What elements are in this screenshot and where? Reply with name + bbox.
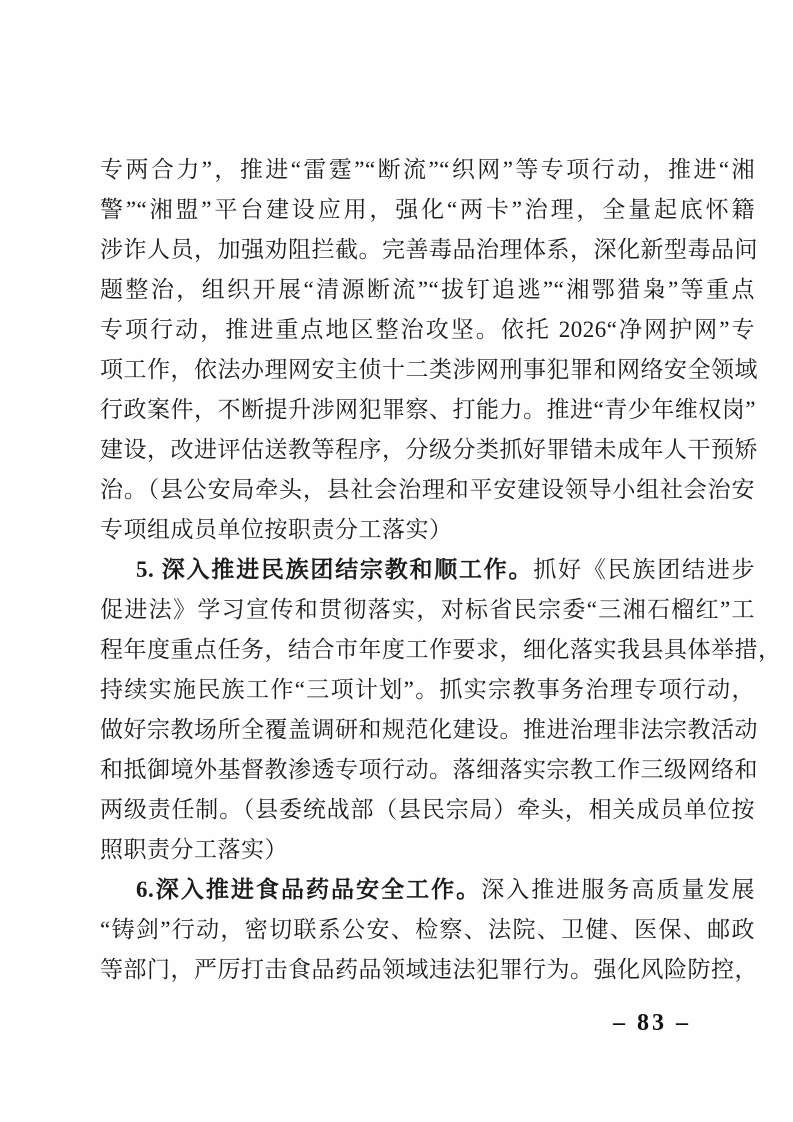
text-line: 专项组成员单位按职责分工落实） [100, 510, 755, 550]
paragraph-text: 等部门，严厉打击食品药品领域违法犯罪行为。强化风险防控， [100, 957, 758, 982]
paragraph-text: 项工作，依法办理网安主侦十二类涉网刑事犯罪和网络安全领域 [100, 357, 758, 382]
text-line: 两级责任制。（县委统战部（县民宗局）牵头，相关成员单位按 [100, 790, 755, 830]
document-body: 专两合力”，推进“雷霆”“断流”“织网”等专项行动，推进“湘 警”“湘盟”平台建… [100, 150, 755, 990]
paragraph-text: 照职责分工落实） [100, 837, 288, 862]
paragraph-text: 抓好《民族团结进步 [533, 557, 755, 582]
paragraph-text: 促进法》学习宣传和贯彻落实，对标省民宗委“三湘石榴红”工 [100, 597, 755, 622]
paragraph-heading: 6.深入推进食品药品安全工作。 [136, 877, 481, 902]
paragraph-text: 持续实施民族工作“三项计划”。抓实宗教事务治理专项行动， [100, 677, 755, 702]
text-line: 做好宗教场所全覆盖调研和规范化建设。推进治理非法宗教活动 [100, 710, 755, 750]
paragraph-text: 做好宗教场所全覆盖调研和规范化建设。推进治理非法宗教活动 [100, 717, 758, 742]
paragraph-text: 深入推进服务高质量发展 [481, 877, 755, 902]
paragraph-text: 题整治，组织开展“清源断流”“拔钉追逃”“湘鄂猎枭”等重点 [100, 277, 755, 302]
paragraph-text: 行政案件，不断提升涉网犯罪察、打能力。推进“青少年维权岗” [100, 397, 756, 422]
page-number: – 83 – [613, 1008, 691, 1038]
paragraph-text: 建设，改进评估送教等程序，分级分类抓好罪错未成年人干预矫 [100, 437, 758, 462]
paragraph-text: 程年度重点任务，结合市年度工作要求，细化落实我县具体举措， [100, 637, 782, 662]
text-line: 行政案件，不断提升涉网犯罪察、打能力。推进“青少年维权岗” [100, 390, 755, 430]
text-line: 6.深入推进食品药品安全工作。深入推进服务高质量发展 [100, 870, 755, 910]
text-line: 促进法》学习宣传和贯彻落实，对标省民宗委“三湘石榴红”工 [100, 590, 755, 630]
paragraph-heading: 5. 深入推进民族团结宗教和顺工作。 [136, 557, 533, 582]
text-line: 建设，改进评估送教等程序，分级分类抓好罪错未成年人干预矫 [100, 430, 755, 470]
paragraph-text: “铸剑”行动，密切联系公安、检察、法院、卫健、医保、邮政 [100, 917, 755, 942]
text-line: 程年度重点任务，结合市年度工作要求，细化落实我县具体举措， [100, 630, 755, 670]
text-line: 和抵御境外基督教渗透专项行动。落细落实宗教工作三级网络和 [100, 750, 755, 790]
text-line: 等部门，严厉打击食品药品领域违法犯罪行为。强化风险防控， [100, 950, 755, 990]
paragraph-text: 专两合力”，推进“雷霆”“断流”“织网”等专项行动，推进“湘 [100, 157, 755, 182]
text-line: 持续实施民族工作“三项计划”。抓实宗教事务治理专项行动， [100, 670, 755, 710]
paragraph-text: 两级责任制。（县委统战部（县民宗局）牵头，相关成员单位按 [100, 797, 755, 822]
text-line: “铸剑”行动，密切联系公安、检察、法院、卫健、医保、邮政 [100, 910, 755, 950]
text-line: 专两合力”，推进“雷霆”“断流”“织网”等专项行动，推进“湘 [100, 150, 755, 190]
text-line: 题整治，组织开展“清源断流”“拔钉追逃”“湘鄂猎枭”等重点 [100, 270, 755, 310]
paragraph-text: 专项行动，推进重点地区整治攻坚。依托 2026“净网护网”专 [100, 317, 755, 342]
text-line: 照职责分工落实） [100, 830, 755, 870]
paragraph-text: 警”“湘盟”平台建设应用，强化“两卡”治理，全量起底怀籍 [100, 197, 755, 222]
paragraph-text: 涉诈人员，加强劝阻拦截。完善毒品治理体系，深化新型毒品问 [100, 237, 758, 262]
paragraph-text: 治。（县公安局牵头，县社会治理和平安建设领导小组社会治安 [100, 477, 755, 502]
document-page: 专两合力”，推进“雷霆”“断流”“织网”等专项行动，推进“湘 警”“湘盟”平台建… [0, 0, 793, 1122]
paragraph-text: 专项组成员单位按职责分工落实） [100, 517, 453, 542]
text-line: 涉诈人员，加强劝阻拦截。完善毒品治理体系，深化新型毒品问 [100, 230, 755, 270]
text-line: 5. 深入推进民族团结宗教和顺工作。抓好《民族团结进步 [100, 550, 755, 590]
text-line: 治。（县公安局牵头，县社会治理和平安建设领导小组社会治安 [100, 470, 755, 510]
text-line: 项工作，依法办理网安主侦十二类涉网刑事犯罪和网络安全领域 [100, 350, 755, 390]
text-line: 警”“湘盟”平台建设应用，强化“两卡”治理，全量起底怀籍 [100, 190, 755, 230]
paragraph-text: 和抵御境外基督教渗透专项行动。落细落实宗教工作三级网络和 [100, 757, 758, 782]
text-line: 专项行动，推进重点地区整治攻坚。依托 2026“净网护网”专 [100, 310, 755, 350]
